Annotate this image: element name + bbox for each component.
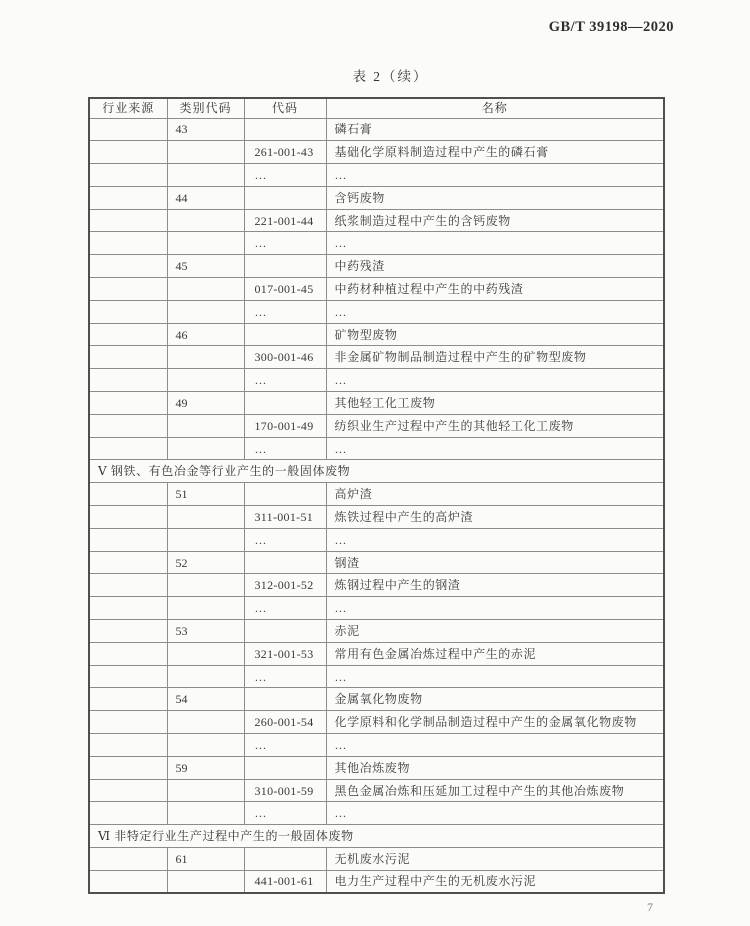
cell-name: 磷石膏 (326, 118, 664, 141)
page-number: 7 (640, 900, 660, 915)
cell-source (89, 620, 167, 643)
cell-category (167, 870, 244, 893)
cell-code: 300-001-46 (244, 346, 326, 369)
table-row: …… (89, 369, 664, 392)
cell-name: 炼钢过程中产生的钢渣 (326, 574, 664, 597)
cell-category (167, 232, 244, 255)
cell-code: 312-001-52 (244, 574, 326, 597)
cell-category: 49 (167, 392, 244, 415)
cell-code: … (244, 300, 326, 323)
cell-category: 45 (167, 255, 244, 278)
cell-category (167, 278, 244, 301)
cell-category (167, 734, 244, 757)
cell-category: 46 (167, 323, 244, 346)
table-row: 310-001-59黑色金属冶炼和压延加工过程中产生的其他冶炼废物 (89, 779, 664, 802)
cell-code: … (244, 528, 326, 551)
cell-category (167, 437, 244, 460)
table-row: 52钢渣 (89, 551, 664, 574)
cell-name: 钢渣 (326, 551, 664, 574)
table-row: 300-001-46非金属矿物制品制造过程中产生的矿物型废物 (89, 346, 664, 369)
table-row: 441-001-61电力生产过程中产生的无机废水污泥 (89, 870, 664, 893)
cell-name: 无机废水污泥 (326, 848, 664, 871)
cell-source (89, 346, 167, 369)
cell-name: 常用有色金属冶炼过程中产生的赤泥 (326, 642, 664, 665)
cell-source (89, 483, 167, 506)
cell-category (167, 574, 244, 597)
cell-code: … (244, 597, 326, 620)
cell-name: 其他冶炼废物 (326, 756, 664, 779)
cell-source (89, 255, 167, 278)
table-row: 51高炉渣 (89, 483, 664, 506)
table-row: 54金属氧化物废物 (89, 688, 664, 711)
cell-name: 化学原料和化学制品制造过程中产生的金属氧化物废物 (326, 711, 664, 734)
cell-name: … (326, 802, 664, 825)
cell-code: 311-001-51 (244, 506, 326, 529)
cell-name: 高炉渣 (326, 483, 664, 506)
cell-source (89, 802, 167, 825)
cell-name: … (326, 528, 664, 551)
table-header: 行业来源 类别代码 代码 名称 (89, 98, 664, 118)
cell-name: 基础化学原料制造过程中产生的磷石膏 (326, 141, 664, 164)
cell-code: … (244, 665, 326, 688)
cell-name: 纸浆制造过程中产生的含钙废物 (326, 209, 664, 232)
cell-source (89, 551, 167, 574)
cell-source (89, 688, 167, 711)
table-row: 221-001-44纸浆制造过程中产生的含钙废物 (89, 209, 664, 232)
table-row: 53赤泥 (89, 620, 664, 643)
cell-source (89, 300, 167, 323)
cell-category: 43 (167, 118, 244, 141)
cell-code (244, 186, 326, 209)
cell-category (167, 528, 244, 551)
table-row: 312-001-52炼钢过程中产生的钢渣 (89, 574, 664, 597)
cell-code (244, 551, 326, 574)
cell-source (89, 209, 167, 232)
section-row: Ⅵ 非特定行业生产过程中产生的一般固体废物 (89, 825, 664, 848)
cell-category (167, 414, 244, 437)
table-title: 表 2（续） (103, 65, 678, 85)
cell-code: 310-001-59 (244, 779, 326, 802)
cell-code: 260-001-54 (244, 711, 326, 734)
cell-category (167, 779, 244, 802)
cell-name: … (326, 164, 664, 187)
cell-code (244, 255, 326, 278)
cell-category (167, 209, 244, 232)
cell-name: 其他轻工化工废物 (326, 392, 664, 415)
cell-source (89, 186, 167, 209)
standard-number: GB/T 39198—2020 (549, 19, 674, 35)
cell-name: 非金属矿物制品制造过程中产生的矿物型废物 (326, 346, 664, 369)
cell-code (244, 688, 326, 711)
cell-name: … (326, 437, 664, 460)
table-row: …… (89, 528, 664, 551)
cell-code (244, 848, 326, 871)
cell-source (89, 642, 167, 665)
cell-category: 44 (167, 186, 244, 209)
cell-category: 53 (167, 620, 244, 643)
cell-source (89, 574, 167, 597)
table-body: 43磷石膏261-001-43基础化学原料制造过程中产生的磷石膏……44含钙废物… (89, 118, 664, 893)
table-row: 261-001-43基础化学原料制造过程中产生的磷石膏 (89, 141, 664, 164)
cell-name: 中药材种植过程中产生的中药残渣 (326, 278, 664, 301)
cell-code (244, 483, 326, 506)
table-row: 260-001-54化学原料和化学制品制造过程中产生的金属氧化物废物 (89, 711, 664, 734)
cell-name: 黑色金属冶炼和压延加工过程中产生的其他冶炼废物 (326, 779, 664, 802)
table-row: 45中药残渣 (89, 255, 664, 278)
cell-name: 中药残渣 (326, 255, 664, 278)
cell-code: … (244, 164, 326, 187)
cell-name: 纺织业生产过程中产生的其他轻工化工废物 (326, 414, 664, 437)
waste-classification-table: 行业来源 类别代码 代码 名称 43磷石膏261-001-43基础化学原料制造过… (88, 97, 665, 894)
cell-source (89, 779, 167, 802)
cell-code: … (244, 734, 326, 757)
cell-source (89, 756, 167, 779)
cell-code (244, 118, 326, 141)
cell-category (167, 164, 244, 187)
cell-source (89, 164, 167, 187)
cell-source (89, 414, 167, 437)
cell-category (167, 711, 244, 734)
cell-source (89, 437, 167, 460)
table-row: …… (89, 802, 664, 825)
column-header-category-code: 类别代码 (167, 98, 244, 118)
table-row: 43磷石膏 (89, 118, 664, 141)
table-row: …… (89, 164, 664, 187)
cell-category (167, 506, 244, 529)
cell-name: … (326, 665, 664, 688)
section-label: Ⅴ 钢铁、有色冶金等行业产生的一般固体废物 (89, 460, 664, 483)
table-row: …… (89, 232, 664, 255)
cell-code: 221-001-44 (244, 209, 326, 232)
cell-category (167, 597, 244, 620)
cell-name: 金属氧化物废物 (326, 688, 664, 711)
section-row: Ⅴ 钢铁、有色冶金等行业产生的一般固体废物 (89, 460, 664, 483)
cell-source (89, 528, 167, 551)
table-row: 44含钙废物 (89, 186, 664, 209)
cell-source (89, 278, 167, 301)
cell-name: … (326, 369, 664, 392)
cell-source (89, 506, 167, 529)
cell-code (244, 392, 326, 415)
cell-source (89, 323, 167, 346)
cell-category: 54 (167, 688, 244, 711)
table-row: …… (89, 300, 664, 323)
cell-category (167, 665, 244, 688)
cell-category: 52 (167, 551, 244, 574)
cell-code: 261-001-43 (244, 141, 326, 164)
cell-source (89, 392, 167, 415)
cell-source (89, 369, 167, 392)
table-row: 170-001-49纺织业生产过程中产生的其他轻工化工废物 (89, 414, 664, 437)
cell-category (167, 300, 244, 323)
cell-category (167, 346, 244, 369)
column-header-code: 代码 (244, 98, 326, 118)
cell-source (89, 118, 167, 141)
cell-code: … (244, 232, 326, 255)
cell-code: 170-001-49 (244, 414, 326, 437)
table-row: 61无机废水污泥 (89, 848, 664, 871)
table-row: …… (89, 734, 664, 757)
cell-name: 炼铁过程中产生的高炉渣 (326, 506, 664, 529)
cell-source (89, 734, 167, 757)
table-row: 017-001-45中药材种植过程中产生的中药残渣 (89, 278, 664, 301)
table-row: 59其他冶炼废物 (89, 756, 664, 779)
cell-code: 321-001-53 (244, 642, 326, 665)
table-row: …… (89, 597, 664, 620)
table-row: 49其他轻工化工废物 (89, 392, 664, 415)
cell-category (167, 802, 244, 825)
cell-category (167, 141, 244, 164)
cell-category (167, 642, 244, 665)
cell-code (244, 756, 326, 779)
section-label: Ⅵ 非特定行业生产过程中产生的一般固体废物 (89, 825, 664, 848)
cell-code: 017-001-45 (244, 278, 326, 301)
cell-name: 矿物型废物 (326, 323, 664, 346)
table-header-row: 行业来源 类别代码 代码 名称 (89, 98, 664, 118)
cell-source (89, 848, 167, 871)
cell-source (89, 665, 167, 688)
cell-code (244, 620, 326, 643)
cell-category: 51 (167, 483, 244, 506)
cell-category (167, 369, 244, 392)
cell-name: … (326, 734, 664, 757)
column-header-industry-source: 行业来源 (89, 98, 167, 118)
cell-name: 赤泥 (326, 620, 664, 643)
cell-source (89, 141, 167, 164)
cell-source (89, 597, 167, 620)
cell-code: … (244, 369, 326, 392)
cell-name: 含钙废物 (326, 186, 664, 209)
cell-code: … (244, 802, 326, 825)
cell-name: 电力生产过程中产生的无机废水污泥 (326, 870, 664, 893)
column-header-name: 名称 (326, 98, 664, 118)
cell-source (89, 232, 167, 255)
document-page: GB/T 39198—2020 表 2（续） 行业来源 类别代码 代码 名称 4… (0, 0, 750, 926)
cell-name: … (326, 232, 664, 255)
cell-code (244, 323, 326, 346)
table-row: …… (89, 437, 664, 460)
table-row: 311-001-51炼铁过程中产生的高炉渣 (89, 506, 664, 529)
cell-source (89, 711, 167, 734)
cell-code: 441-001-61 (244, 870, 326, 893)
cell-source (89, 870, 167, 893)
cell-name: … (326, 300, 664, 323)
table-row: …… (89, 665, 664, 688)
table-row: 46矿物型废物 (89, 323, 664, 346)
doc-header: GB/T 39198—2020 (0, 19, 674, 36)
cell-name: … (326, 597, 664, 620)
cell-category: 61 (167, 848, 244, 871)
table-row: 321-001-53常用有色金属冶炼过程中产生的赤泥 (89, 642, 664, 665)
cell-code: … (244, 437, 326, 460)
cell-category: 59 (167, 756, 244, 779)
